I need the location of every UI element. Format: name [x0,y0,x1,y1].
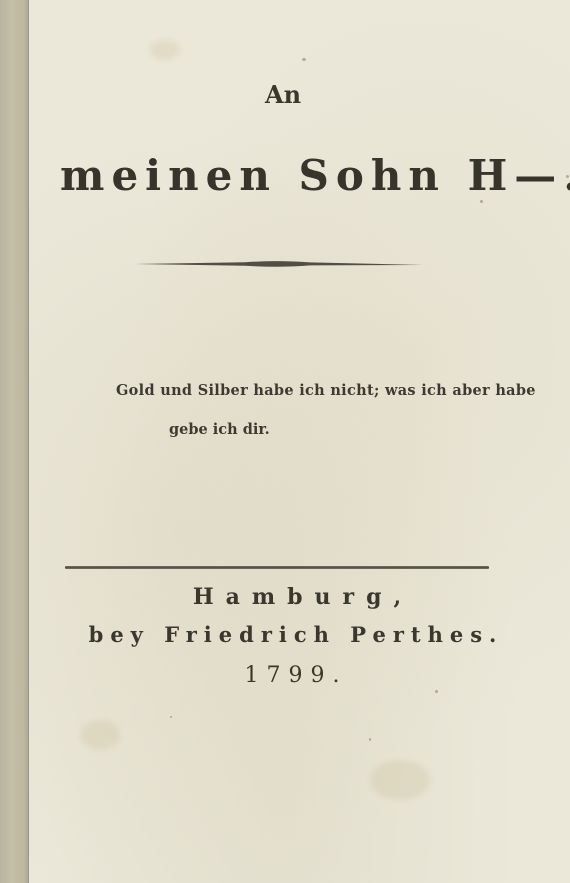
ornamental-rule [135,259,423,269]
paper-speck [480,200,483,203]
paper-stain [370,760,430,800]
paper-speck [369,738,371,741]
imprint-city: Hamburg, [0,584,570,610]
paper-stain [80,720,120,750]
dedication-heading: An [29,80,570,109]
paper-speck [435,690,438,693]
page-title: meinen Sohn H—. [60,151,490,200]
imprint-publisher: bey Friedrich Perthes. [0,622,570,647]
paper-stain [150,40,180,60]
book-title-page: An meinen Sohn H—. Gold und Silber habe … [0,0,570,883]
paper-speck [170,716,172,718]
imprint-divider-rule [65,566,489,569]
spine-edge-strip [0,0,29,883]
imprint-year: 1799. [0,663,570,688]
paper-speck [302,58,306,61]
epigraph-line-1: Gold und Silber habe ich nicht; was ich … [116,382,536,399]
epigraph-line-2: gebe ich dir. [169,421,270,438]
